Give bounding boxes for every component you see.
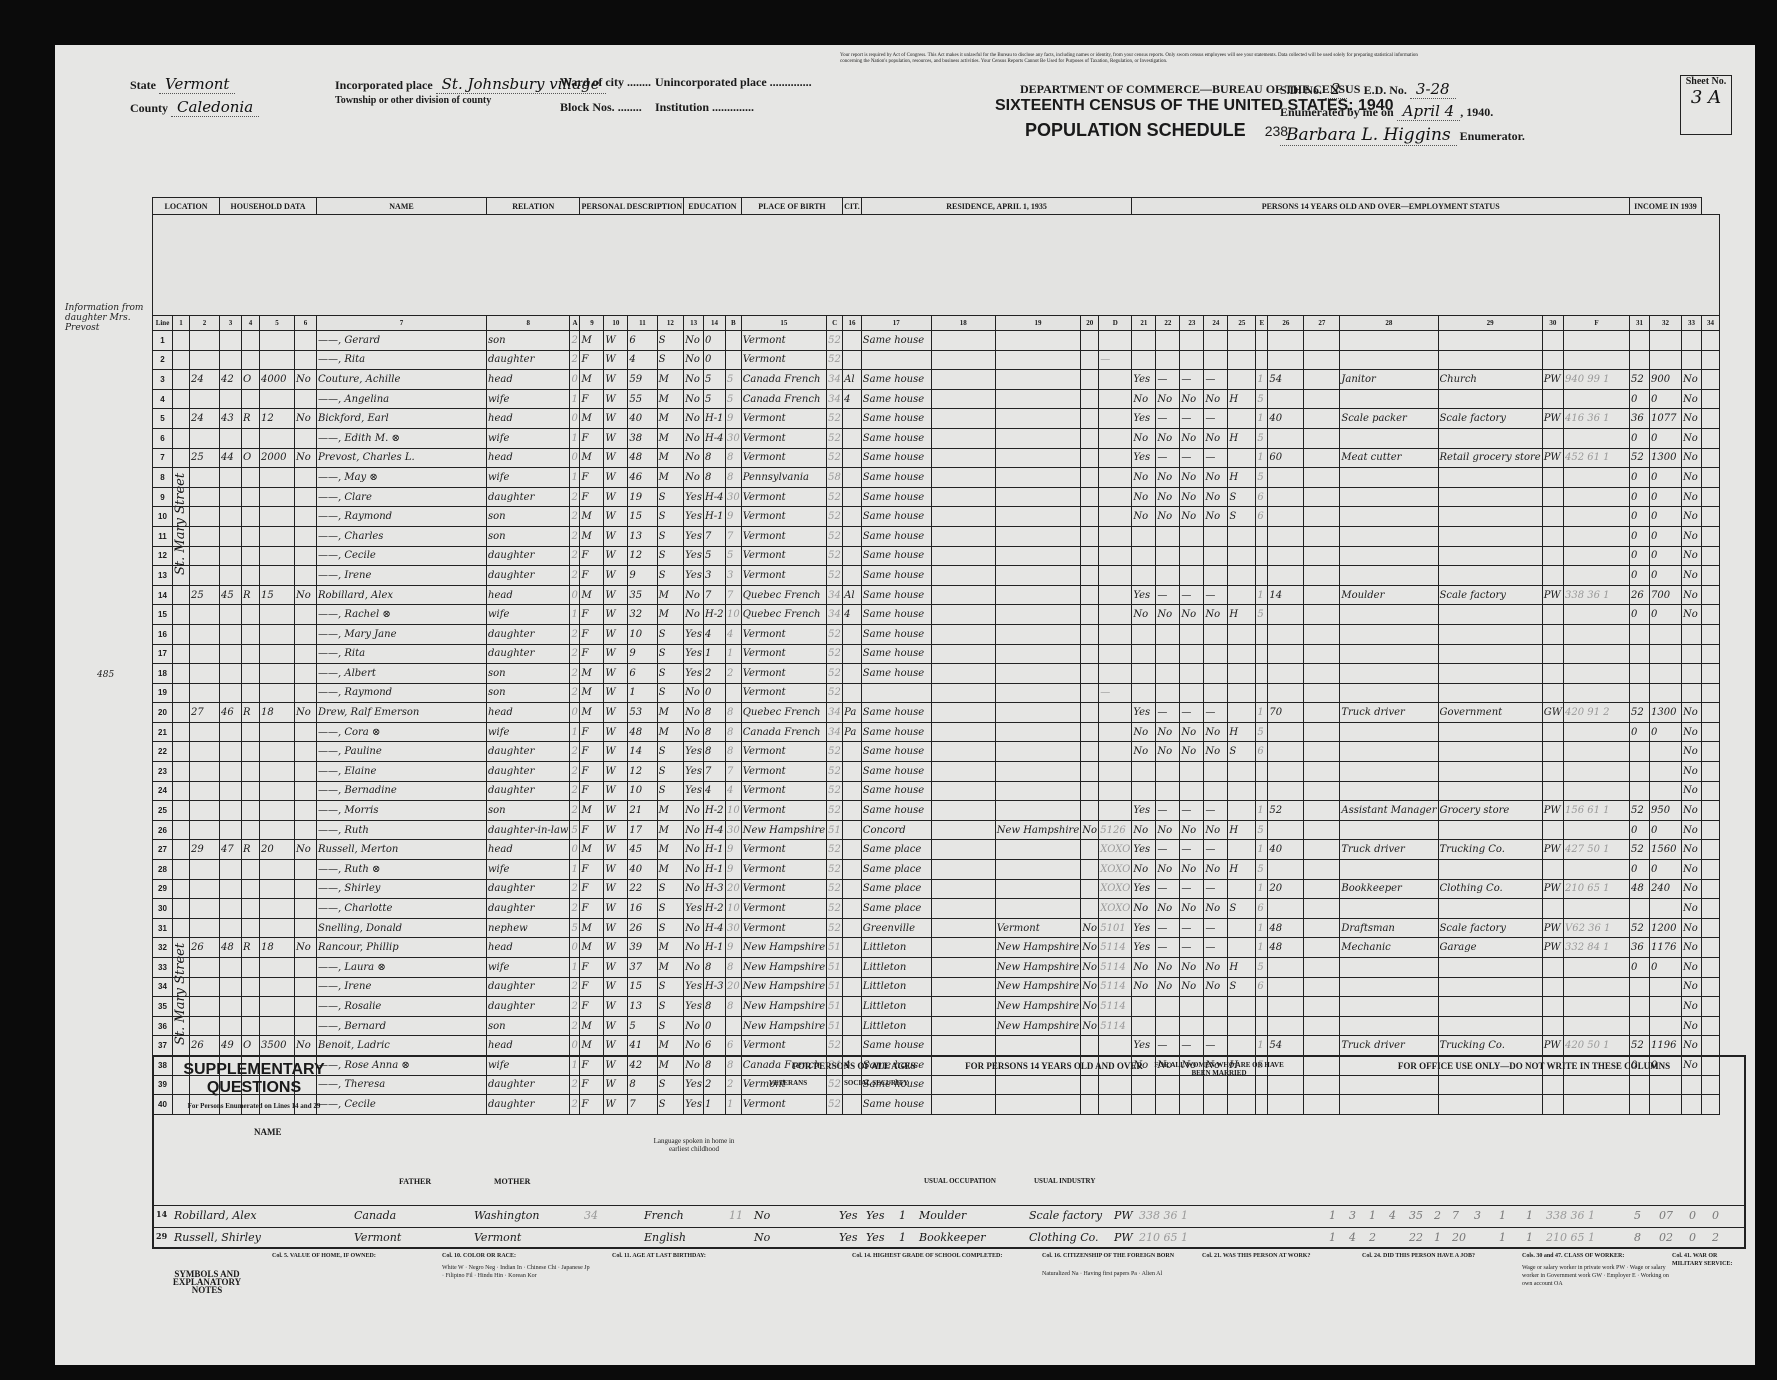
cell-c24 bbox=[1204, 781, 1228, 801]
cell-f bbox=[1563, 781, 1629, 801]
cell-sex: F bbox=[580, 899, 604, 919]
cell-e: 1 bbox=[1256, 1036, 1268, 1056]
cell-res: Littleton bbox=[861, 1016, 931, 1036]
cell-farm: No bbox=[295, 409, 317, 429]
line-number: 17 bbox=[153, 644, 173, 664]
cell-street bbox=[173, 585, 190, 605]
cell-house bbox=[190, 899, 220, 919]
cell-ind bbox=[1438, 428, 1542, 448]
cell-value bbox=[260, 507, 295, 527]
cell-name: ——, Gerard bbox=[317, 331, 487, 351]
cell-age: 1 bbox=[628, 683, 657, 703]
cell-race: W bbox=[604, 526, 628, 546]
cell-farm35 bbox=[1081, 487, 1099, 507]
cell-county bbox=[931, 409, 995, 429]
cell-state bbox=[995, 546, 1080, 566]
cell-c22: No bbox=[1156, 722, 1180, 742]
cell-sch: No bbox=[684, 683, 704, 703]
table-row: 6——, Edith M. ⊗wife1FW38MNoH-430Vermont5… bbox=[153, 428, 1720, 448]
table-row: 202746R18NoDrew, Ralf Emersonhead0MW53MN… bbox=[153, 703, 1720, 723]
cell-hh: 46 bbox=[220, 703, 242, 723]
cell-mar: M bbox=[657, 1036, 684, 1056]
cell-age: 10 bbox=[628, 781, 657, 801]
cell-c21: No bbox=[1132, 507, 1156, 527]
cell-a: 2 bbox=[570, 977, 580, 997]
cell-own bbox=[242, 762, 260, 782]
cell-f: 940 99 1 bbox=[1563, 370, 1629, 390]
cell-birth: Canada French bbox=[741, 370, 826, 390]
cell-c25: S bbox=[1228, 977, 1256, 997]
cell-state bbox=[995, 742, 1080, 762]
cell-b: 10 bbox=[725, 605, 741, 625]
cell-wks: 0 bbox=[1629, 507, 1649, 527]
cell-c22: — bbox=[1156, 918, 1180, 938]
cell-c25: H bbox=[1228, 722, 1256, 742]
cell-wks bbox=[1629, 997, 1649, 1017]
cell-sch: No bbox=[684, 918, 704, 938]
cell-mar: S bbox=[657, 879, 684, 899]
cell-cls: GW bbox=[1542, 703, 1563, 723]
cell-occ bbox=[1340, 762, 1438, 782]
cell-farm35 bbox=[1081, 683, 1099, 703]
cell-hh bbox=[220, 977, 242, 997]
cell-wks bbox=[1629, 899, 1649, 919]
cell-c27 bbox=[1304, 840, 1340, 860]
group-education: EDUCATION bbox=[684, 198, 742, 215]
cell-c22: No bbox=[1156, 860, 1180, 880]
cell-sch: No bbox=[684, 938, 704, 958]
cell-rel: daughter bbox=[487, 350, 570, 370]
cell-house: 27 bbox=[190, 703, 220, 723]
cell-c25 bbox=[1228, 879, 1256, 899]
cell-grade: 0 bbox=[703, 683, 725, 703]
cell-f: 156 61 1 bbox=[1563, 801, 1629, 821]
cell-wages: 1196 bbox=[1649, 1036, 1681, 1056]
cell-mar: S bbox=[657, 1016, 684, 1036]
cell-house: 26 bbox=[190, 938, 220, 958]
table-row: 272947R20NoRussell, Mertonhead0MW45MNoH-… bbox=[153, 840, 1720, 860]
cell-occ bbox=[1340, 997, 1438, 1017]
cell-c27 bbox=[1304, 820, 1340, 840]
cell-name: Rancour, Phillip bbox=[317, 938, 487, 958]
cell-own: R bbox=[242, 840, 260, 860]
cell-sch: Yes bbox=[684, 644, 704, 664]
cell-c23: No bbox=[1180, 507, 1204, 527]
cell-cls bbox=[1542, 860, 1563, 880]
cell-e bbox=[1256, 624, 1268, 644]
cell-own: R bbox=[242, 409, 260, 429]
cell-farm: No bbox=[295, 370, 317, 390]
cell-street bbox=[173, 703, 190, 723]
cell-c23: No bbox=[1180, 389, 1204, 409]
cell-c34 bbox=[1701, 918, 1719, 938]
cell-wages bbox=[1649, 781, 1681, 801]
cell-hh bbox=[220, 801, 242, 821]
cell-race: W bbox=[604, 683, 628, 703]
cell-house bbox=[190, 722, 220, 742]
cell-other: No bbox=[1681, 546, 1701, 566]
cell-street bbox=[173, 860, 190, 880]
cell-mar: M bbox=[657, 448, 684, 468]
cell-farm35 bbox=[1081, 879, 1099, 899]
cell-name: ——, Raymond bbox=[317, 683, 487, 703]
cell-county bbox=[931, 938, 995, 958]
cell-hours: 60 bbox=[1268, 448, 1304, 468]
cell-e: 5 bbox=[1256, 958, 1268, 978]
cell-c23: — bbox=[1180, 370, 1204, 390]
cell-c22 bbox=[1156, 1016, 1180, 1036]
cell-house bbox=[190, 742, 220, 762]
cell-state bbox=[995, 703, 1080, 723]
cell-occ bbox=[1340, 624, 1438, 644]
cell-c: 52 bbox=[827, 546, 843, 566]
cell-wages: 0 bbox=[1649, 820, 1681, 840]
cell-occ bbox=[1340, 977, 1438, 997]
cell-c24: — bbox=[1204, 801, 1228, 821]
cell-cit bbox=[843, 487, 862, 507]
cell-farm: No bbox=[295, 938, 317, 958]
cell-c23 bbox=[1180, 683, 1204, 703]
cell-street bbox=[173, 370, 190, 390]
cell-rel: son bbox=[487, 507, 570, 527]
line-number: 5 bbox=[153, 409, 173, 429]
cell-race: W bbox=[604, 840, 628, 860]
cell-c21: No bbox=[1132, 428, 1156, 448]
cell-state bbox=[995, 605, 1080, 625]
cell-wks: 0 bbox=[1629, 468, 1649, 488]
cell-farm35 bbox=[1081, 605, 1099, 625]
cell-rel: daughter bbox=[487, 566, 570, 586]
cell-occ: Truck driver bbox=[1340, 703, 1438, 723]
cell-c27 bbox=[1304, 722, 1340, 742]
cell-farm bbox=[295, 428, 317, 448]
cell-c22 bbox=[1156, 644, 1180, 664]
cell-hh bbox=[220, 389, 242, 409]
cell-value bbox=[260, 664, 295, 684]
cell-occ bbox=[1340, 899, 1438, 919]
cell-house bbox=[190, 605, 220, 625]
cell-farm35 bbox=[1081, 566, 1099, 586]
cell-f bbox=[1563, 683, 1629, 703]
cell-d bbox=[1099, 566, 1132, 586]
cell-wages bbox=[1649, 1016, 1681, 1036]
cell-f bbox=[1563, 507, 1629, 527]
cell-wks: 36 bbox=[1629, 938, 1649, 958]
cell-hours: 48 bbox=[1268, 938, 1304, 958]
cell-sex: F bbox=[580, 860, 604, 880]
cell-race: W bbox=[604, 487, 628, 507]
cell-a: 1 bbox=[570, 389, 580, 409]
cell-other: No bbox=[1681, 820, 1701, 840]
cell-e bbox=[1256, 350, 1268, 370]
state-value: Vermont bbox=[159, 75, 235, 94]
cell-ind bbox=[1438, 860, 1542, 880]
cell-hh bbox=[220, 820, 242, 840]
cell-c: 52 bbox=[827, 487, 843, 507]
cell-c25: S bbox=[1228, 742, 1256, 762]
cell-rel: wife bbox=[487, 860, 570, 880]
cell-name: ——, Bernard bbox=[317, 1016, 487, 1036]
cell-cls bbox=[1542, 331, 1563, 351]
cell-birth: Quebec French bbox=[741, 605, 826, 625]
cell-sch: Yes bbox=[684, 566, 704, 586]
cell-county bbox=[931, 389, 995, 409]
cell-birth: Vermont bbox=[741, 507, 826, 527]
cell-f: 416 36 1 bbox=[1563, 409, 1629, 429]
cell-wages: 0 bbox=[1649, 389, 1681, 409]
cell-age: 14 bbox=[628, 742, 657, 762]
cell-c23 bbox=[1180, 526, 1204, 546]
cell-sch: No bbox=[684, 801, 704, 821]
line-number: 37 bbox=[153, 1036, 173, 1056]
cell-farm bbox=[295, 546, 317, 566]
cell-e: 6 bbox=[1256, 487, 1268, 507]
cell-sex: F bbox=[580, 722, 604, 742]
group-household: HOUSEHOLD DATA bbox=[220, 198, 317, 215]
cell-grade: 7 bbox=[703, 762, 725, 782]
cell-farm: No bbox=[295, 585, 317, 605]
cell-occ bbox=[1340, 350, 1438, 370]
explanatory-notes: SYMBOLS AND EXPLANATORY NOTES Col. 5. VA… bbox=[152, 1250, 1742, 1360]
cell-ind bbox=[1438, 644, 1542, 664]
cell-farm bbox=[295, 1016, 317, 1036]
line-number: 23 bbox=[153, 762, 173, 782]
cell-hh bbox=[220, 762, 242, 782]
line-number: 7 bbox=[153, 448, 173, 468]
cell-hours bbox=[1268, 428, 1304, 448]
cell-wks: 0 bbox=[1629, 389, 1649, 409]
cell-cit bbox=[843, 1016, 862, 1036]
cell-c21: Yes bbox=[1132, 448, 1156, 468]
cell-b: 8 bbox=[725, 997, 741, 1017]
cell-c23 bbox=[1180, 762, 1204, 782]
supp-row-29: 29 Russell, Shirley Vermont Vermont Engl… bbox=[154, 1227, 1744, 1250]
cell-sex: F bbox=[580, 546, 604, 566]
cell-a: 5 bbox=[570, 918, 580, 938]
line-number: 14 bbox=[153, 585, 173, 605]
cell-cit bbox=[843, 507, 862, 527]
cell-e: 1 bbox=[1256, 703, 1268, 723]
cell-occ bbox=[1340, 1016, 1438, 1036]
cell-sex: M bbox=[580, 1036, 604, 1056]
cell-c34 bbox=[1701, 840, 1719, 860]
cell-c27 bbox=[1304, 703, 1340, 723]
cell-farm35 bbox=[1081, 331, 1099, 351]
cell-value bbox=[260, 762, 295, 782]
cell-occ bbox=[1340, 331, 1438, 351]
cell-own bbox=[242, 722, 260, 742]
cell-street bbox=[173, 762, 190, 782]
cell-house bbox=[190, 879, 220, 899]
cell-wks: 0 bbox=[1629, 487, 1649, 507]
cell-c27 bbox=[1304, 350, 1340, 370]
cell-wks: 36 bbox=[1629, 409, 1649, 429]
cell-c21 bbox=[1132, 683, 1156, 703]
cell-race: W bbox=[604, 644, 628, 664]
cell-value: 4000 bbox=[260, 370, 295, 390]
cell-county bbox=[931, 703, 995, 723]
cell-grade: 8 bbox=[703, 468, 725, 488]
cell-street bbox=[173, 1016, 190, 1036]
cell-own bbox=[242, 918, 260, 938]
cell-cit bbox=[843, 526, 862, 546]
cell-wks: 0 bbox=[1629, 566, 1649, 586]
cell-wks: 0 bbox=[1629, 722, 1649, 742]
line-number: 31 bbox=[153, 918, 173, 938]
cell-c23 bbox=[1180, 644, 1204, 664]
cell-wages: 0 bbox=[1649, 468, 1681, 488]
cell-cit bbox=[843, 997, 862, 1017]
cell-value bbox=[260, 860, 295, 880]
cell-c27 bbox=[1304, 899, 1340, 919]
cell-c34 bbox=[1701, 605, 1719, 625]
cell-sch: No bbox=[684, 1016, 704, 1036]
cell-c34 bbox=[1701, 487, 1719, 507]
cell-race: W bbox=[604, 762, 628, 782]
cell-house bbox=[190, 389, 220, 409]
cell-c25 bbox=[1228, 644, 1256, 664]
cell-ind bbox=[1438, 487, 1542, 507]
cell-name: Drew, Ralf Emerson bbox=[317, 703, 487, 723]
cell-own bbox=[242, 428, 260, 448]
cell-f bbox=[1563, 331, 1629, 351]
cell-cit bbox=[843, 977, 862, 997]
cell-c24: No bbox=[1204, 468, 1228, 488]
cell-c24: — bbox=[1204, 840, 1228, 860]
cell-sex: F bbox=[580, 820, 604, 840]
cell-cit bbox=[843, 624, 862, 644]
cell-c21: Yes bbox=[1132, 585, 1156, 605]
cell-c27 bbox=[1304, 781, 1340, 801]
cell-hours bbox=[1268, 742, 1304, 762]
cell-e bbox=[1256, 664, 1268, 684]
cell-state: New Hampshire bbox=[995, 820, 1080, 840]
cell-f: 452 61 1 bbox=[1563, 448, 1629, 468]
cell-mar: S bbox=[657, 683, 684, 703]
cell-e: 6 bbox=[1256, 742, 1268, 762]
cell-d: XOXO bbox=[1099, 879, 1132, 899]
cell-race: W bbox=[604, 468, 628, 488]
cell-hours: 40 bbox=[1268, 409, 1304, 429]
cell-wages: 0 bbox=[1649, 860, 1681, 880]
cell-c34 bbox=[1701, 370, 1719, 390]
cell-f: 420 91 2 bbox=[1563, 703, 1629, 723]
cell-sex: F bbox=[580, 468, 604, 488]
cell-c23: — bbox=[1180, 938, 1204, 958]
table-row: 33——, Laura ⊗wife1FW37MNo88New Hampshire… bbox=[153, 958, 1720, 978]
cell-c: 34 bbox=[827, 605, 843, 625]
cell-hh: 44 bbox=[220, 448, 242, 468]
cell-state bbox=[995, 683, 1080, 703]
cell-county bbox=[931, 899, 995, 919]
cell-res: Same house bbox=[861, 742, 931, 762]
cell-other: No bbox=[1681, 938, 1701, 958]
cell-mar: M bbox=[657, 428, 684, 448]
cell-c22 bbox=[1156, 566, 1180, 586]
cell-age: 15 bbox=[628, 507, 657, 527]
line-number: 34 bbox=[153, 977, 173, 997]
cell-a: 2 bbox=[570, 664, 580, 684]
cell-c34 bbox=[1701, 585, 1719, 605]
line-number: 21 bbox=[153, 722, 173, 742]
cell-e: 5 bbox=[1256, 860, 1268, 880]
cell-other: No bbox=[1681, 487, 1701, 507]
cell-wages: 1560 bbox=[1649, 840, 1681, 860]
cell-occ bbox=[1340, 546, 1438, 566]
cell-street bbox=[173, 879, 190, 899]
supplementary-questions: SUPPLEMENTARY QUESTIONS For Persons Enum… bbox=[152, 1055, 1746, 1249]
group-birthplace: PLACE OF BIRTH bbox=[741, 198, 842, 215]
cell-c23: — bbox=[1180, 918, 1204, 938]
cell-house bbox=[190, 762, 220, 782]
cell-d: 5114 bbox=[1099, 938, 1132, 958]
cell-f bbox=[1563, 762, 1629, 782]
cell-value bbox=[260, 526, 295, 546]
cell-c: 52 bbox=[827, 409, 843, 429]
cell-ind bbox=[1438, 683, 1542, 703]
cell-c: 34 bbox=[827, 585, 843, 605]
cell-b bbox=[725, 683, 741, 703]
cell-house bbox=[190, 468, 220, 488]
cell-a: 5 bbox=[570, 820, 580, 840]
cell-b bbox=[725, 331, 741, 351]
cell-rel: daughter bbox=[487, 644, 570, 664]
cell-wages: 240 bbox=[1649, 879, 1681, 899]
cell-res: Same house bbox=[861, 566, 931, 586]
cell-name: ——, Raymond bbox=[317, 507, 487, 527]
cell-cit bbox=[843, 546, 862, 566]
cell-c25: H bbox=[1228, 605, 1256, 625]
cell-e: 5 bbox=[1256, 428, 1268, 448]
cell-farm35: No bbox=[1081, 958, 1099, 978]
cell-cit bbox=[843, 840, 862, 860]
cell-wks bbox=[1629, 762, 1649, 782]
cell-c: 51 bbox=[827, 938, 843, 958]
cell-a: 0 bbox=[570, 585, 580, 605]
cell-street bbox=[173, 722, 190, 742]
cell-c23 bbox=[1180, 624, 1204, 644]
cell-c25 bbox=[1228, 1036, 1256, 1056]
cell-farm35 bbox=[1081, 507, 1099, 527]
cell-c25 bbox=[1228, 585, 1256, 605]
cell-c21: No bbox=[1132, 860, 1156, 880]
note-race-codes: White W · Negro Neg · Indian In · Chines… bbox=[442, 1264, 592, 1280]
cell-res: Same house bbox=[861, 526, 931, 546]
cell-name: ——, May ⊗ bbox=[317, 468, 487, 488]
cell-hours bbox=[1268, 526, 1304, 546]
cell-value: 3500 bbox=[260, 1036, 295, 1056]
cell-e bbox=[1256, 644, 1268, 664]
cell-cit bbox=[843, 331, 862, 351]
cell-c: 52 bbox=[827, 840, 843, 860]
cell-state bbox=[995, 762, 1080, 782]
cell-f: 338 36 1 bbox=[1563, 585, 1629, 605]
line-number: 26 bbox=[153, 820, 173, 840]
cell-c22: — bbox=[1156, 840, 1180, 860]
cell-a: 0 bbox=[570, 370, 580, 390]
cell-age: 19 bbox=[628, 487, 657, 507]
cell-c24: — bbox=[1204, 370, 1228, 390]
cell-sch: Yes bbox=[684, 664, 704, 684]
cell-hh bbox=[220, 546, 242, 566]
cell-c: 51 bbox=[827, 1016, 843, 1036]
cell-c21: No bbox=[1132, 742, 1156, 762]
census-sheet: Your report is required by Act of Congre… bbox=[55, 45, 1755, 1365]
cell-c34 bbox=[1701, 331, 1719, 351]
cell-cls bbox=[1542, 350, 1563, 370]
cell-age: 13 bbox=[628, 526, 657, 546]
cell-farm: No bbox=[295, 1036, 317, 1056]
